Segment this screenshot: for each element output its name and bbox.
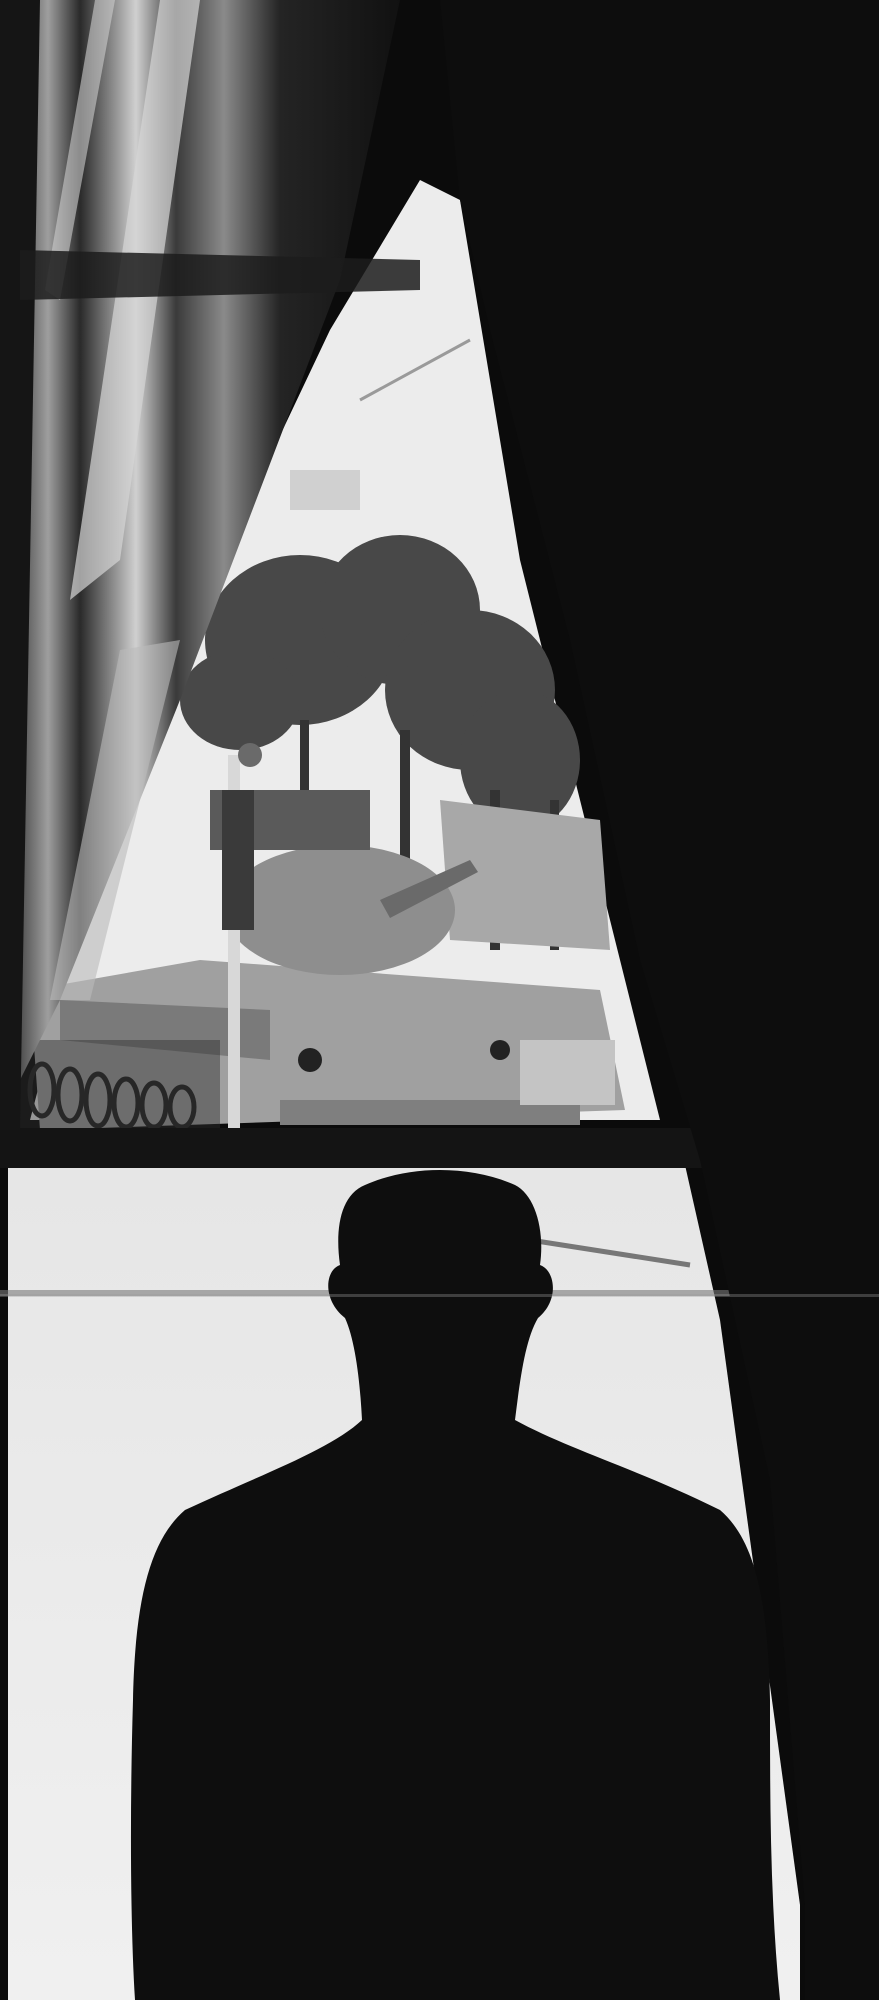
film-grain [0, 0, 879, 2000]
photograph: Silhouette of a man seen from behind sta… [0, 0, 879, 2000]
photo-canvas [0, 0, 879, 2000]
